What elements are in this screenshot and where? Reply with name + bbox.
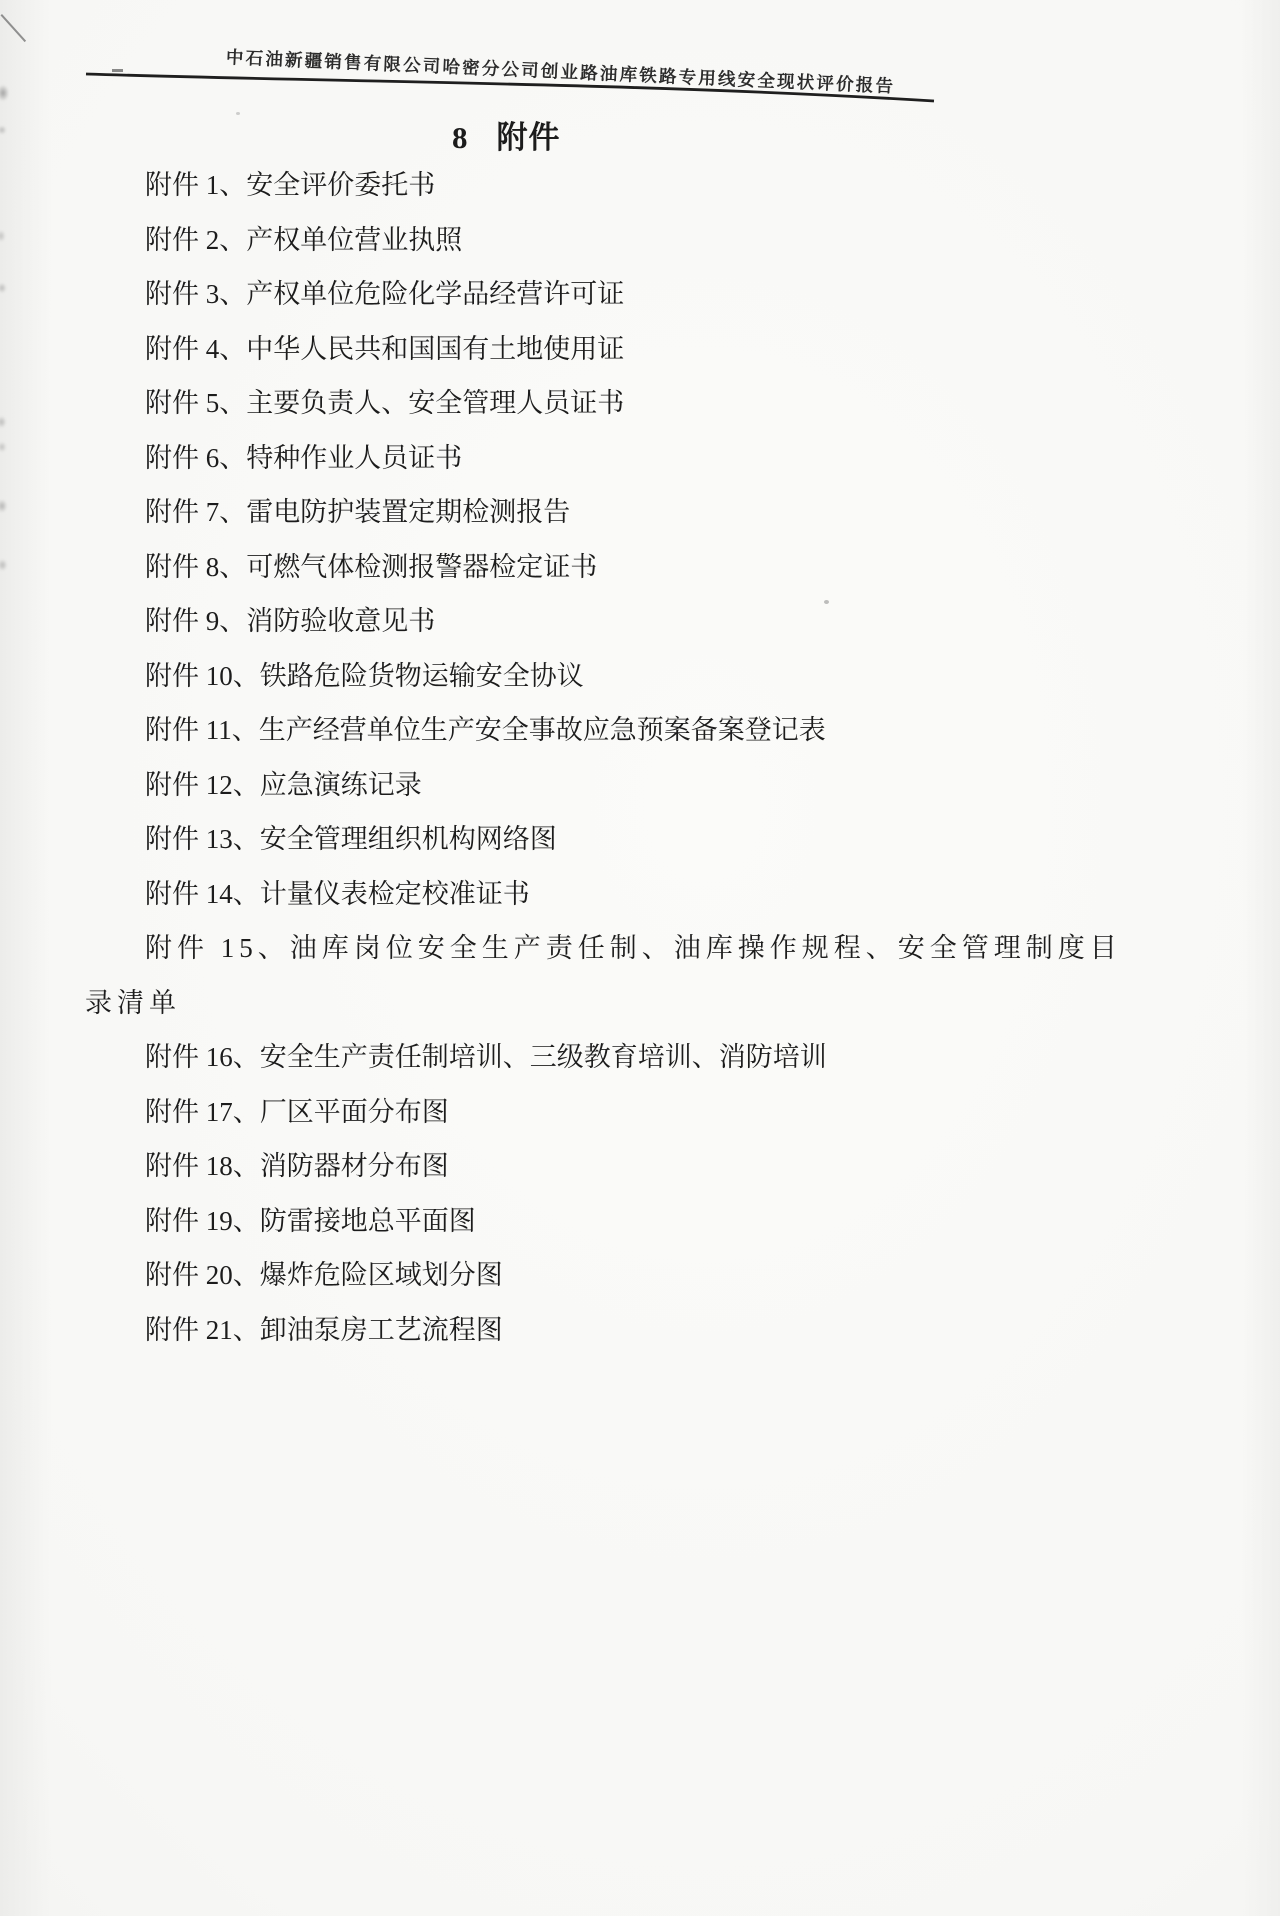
attachment-label: 附件 4、 (145, 334, 246, 364)
attachment-label: 附件 14、 (145, 879, 260, 909)
scan-smudge (0, 228, 7, 244)
attachment-item: 附件 16、安全生产责任制培训、三级教育培训、消防培训 (85, 1030, 1160, 1085)
attachment-label: 附件 2、 (145, 225, 246, 255)
attachment-title: 雷电防护装置定期检测报告 (246, 497, 570, 527)
attachment-item: 附件 9、消防验收意见书 (85, 594, 1160, 649)
attachment-item: 附件 6、特种作业人员证书 (85, 431, 1160, 486)
attachment-item: 附件 15、油库岗位安全生产责任制、油库操作规程、安全管理制度目录清单 (85, 921, 1145, 1030)
attachment-label: 附件 20、 (145, 1260, 260, 1290)
attachment-label: 附件 8、 (145, 552, 246, 582)
attachment-label: 附件 5、 (145, 388, 246, 418)
attachment-item: 附件 20、爆炸危险区域划分图 (85, 1248, 1160, 1303)
attachment-label: 附件 10、 (145, 661, 260, 691)
attachment-label: 附件 6、 (145, 443, 246, 473)
attachment-title: 应急演练记录 (260, 770, 422, 800)
scan-smudge (0, 497, 9, 515)
attachment-label: 附件 15、 (145, 933, 290, 963)
scan-smudge (0, 414, 8, 430)
attachment-title: 消防器材分布图 (260, 1151, 449, 1181)
attachment-item: 附件 13、安全管理组织机构网络图 (85, 812, 1160, 867)
scan-smudge (0, 440, 8, 454)
attachment-label: 附件 16、 (145, 1042, 260, 1072)
attachment-list: 附件 1、安全评价委托书附件 2、产权单位营业执照附件 3、产权单位危险化学品经… (85, 158, 1160, 1357)
attachment-item: 附件 2、产权单位营业执照 (85, 213, 1160, 268)
attachment-label: 附件 7、 (145, 497, 246, 527)
attachment-title: 消防验收意见书 (246, 606, 435, 636)
attachment-title: 产权单位危险化学品经营许可证 (246, 279, 624, 309)
section-heading: 8附件 (452, 112, 561, 157)
attachment-item: 附件 3、产权单位危险化学品经营许可证 (85, 267, 1160, 322)
document-page: 中石油新疆销售有限公司哈密分公司创业路油库铁路专用线安全现状评价报告 8附件 附… (0, 0, 1280, 1916)
attachment-item: 附件 1、安全评价委托书 (85, 158, 1160, 213)
attachment-label: 附件 17、 (145, 1097, 260, 1127)
attachment-title: 计量仪表检定校准证书 (260, 879, 530, 909)
header-divider-line (82, 64, 948, 112)
attachment-item: 附件 12、应急演练记录 (85, 758, 1160, 813)
attachment-title: 安全管理组织机构网络图 (260, 824, 557, 854)
scan-line-artifact (1, 14, 27, 42)
section-title: 附件 (497, 120, 561, 155)
attachment-title: 主要负责人、安全管理人员证书 (246, 388, 624, 418)
attachment-item: 附件 10、铁路危险货物运输安全协议 (85, 649, 1160, 704)
attachment-label: 附件 18、 (145, 1151, 260, 1181)
attachment-item: 附件 19、防雷接地总平面图 (85, 1194, 1160, 1249)
section-number: 8 (452, 120, 469, 155)
attachment-label: 附件 11、 (145, 715, 259, 745)
attachment-title: 防雷接地总平面图 (260, 1206, 476, 1236)
attachment-item: 附件 21、卸油泵房工艺流程图 (85, 1303, 1160, 1358)
attachment-title: 安全生产责任制培训、三级教育培训、消防培训 (260, 1042, 827, 1072)
scan-smudge (0, 124, 8, 136)
attachment-item: 附件 17、厂区平面分布图 (85, 1085, 1160, 1140)
scan-smudge (0, 557, 9, 573)
attachment-label: 附件 12、 (145, 770, 260, 800)
scan-dot-artifact (236, 112, 240, 115)
attachment-title: 生产经营单位生产安全事故应急预案备案登记表 (259, 715, 826, 745)
attachment-title: 卸油泵房工艺流程图 (260, 1315, 503, 1345)
attachment-label: 附件 21、 (145, 1315, 260, 1345)
scan-smudge (0, 82, 11, 104)
scan-smudge (0, 281, 8, 295)
attachment-item: 附件 5、主要负责人、安全管理人员证书 (85, 376, 1160, 431)
attachment-title: 可燃气体检测报警器检定证书 (246, 552, 597, 582)
attachment-item: 附件 11、生产经营单位生产安全事故应急预案备案登记表 (85, 703, 1160, 758)
attachment-label: 附件 13、 (145, 824, 260, 854)
attachment-item: 附件 7、雷电防护装置定期检测报告 (85, 485, 1160, 540)
attachment-label: 附件 9、 (145, 606, 246, 636)
attachment-label: 附件 3、 (145, 279, 246, 309)
attachment-title: 产权单位营业执照 (246, 225, 462, 255)
attachment-label: 附件 19、 (145, 1206, 260, 1236)
attachment-item: 附件 4、中华人民共和国国有土地使用证 (85, 322, 1160, 377)
attachment-title: 铁路危险货物运输安全协议 (260, 661, 584, 691)
attachment-title: 安全评价委托书 (246, 170, 435, 200)
attachment-item: 附件 14、计量仪表检定校准证书 (85, 867, 1160, 922)
attachment-title: 爆炸危险区域划分图 (260, 1260, 503, 1290)
attachment-title: 特种作业人员证书 (246, 443, 462, 473)
attachment-title: 中华人民共和国国有土地使用证 (246, 334, 624, 364)
attachment-title: 厂区平面分布图 (260, 1097, 449, 1127)
attachment-item: 附件 8、可燃气体检测报警器检定证书 (85, 540, 1160, 595)
attachment-item: 附件 18、消防器材分布图 (85, 1139, 1160, 1194)
attachment-label: 附件 1、 (145, 170, 246, 200)
